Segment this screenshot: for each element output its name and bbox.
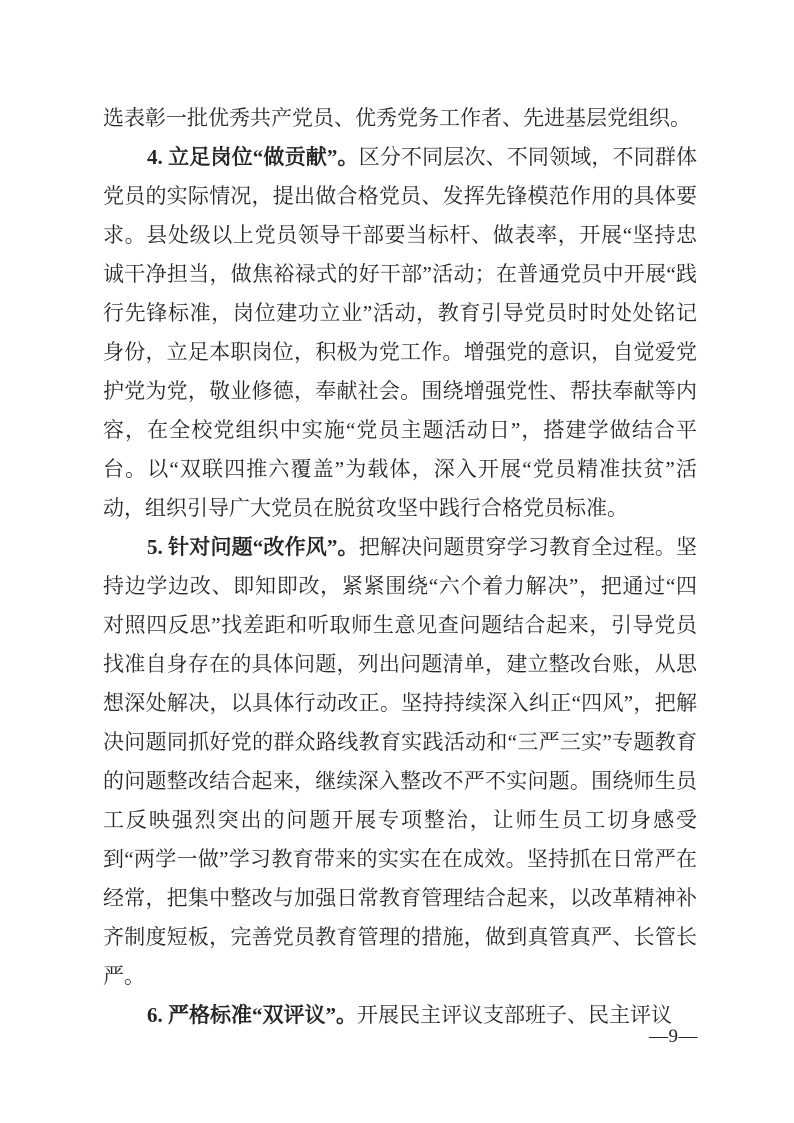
paragraph: 5. 针对问题“改作风”。把解决问题贯穿学习教育全过程。坚持边学边改、即知即改，… bbox=[103, 528, 697, 996]
section-heading: 6. 严格标准“双评议”。 bbox=[147, 1003, 357, 1027]
document-body: 选表彰一批优秀共产党员、优秀党务工作者、先进基层党组织。 4. 立足岗位“做贡献… bbox=[103, 99, 697, 1035]
paragraph-text: 把解决问题贯穿学习教育全过程。坚持边学边改、即知即改，紧紧围绕“六个着力解决”，… bbox=[103, 535, 697, 988]
paragraph-text: 选表彰一批优秀共产党员、优秀党务工作者、先进基层党组织。 bbox=[103, 106, 691, 130]
paragraph-text: 开展民主评议支部班子、民主评议 bbox=[357, 1003, 672, 1027]
paragraph: 4. 立足岗位“做贡献”。区分不同层次、不同领域，不同群体党员的实际情况，提出做… bbox=[103, 138, 697, 528]
section-heading: 5. 针对问题“改作风”。 bbox=[147, 535, 359, 559]
section-heading: 4. 立足岗位“做贡献”。 bbox=[147, 145, 359, 169]
paragraph: 6. 严格标准“双评议”。开展民主评议支部班子、民主评议 bbox=[103, 996, 697, 1035]
document-page: 选表彰一批优秀共产党员、优秀党务工作者、先进基层党组织。 4. 立足岗位“做贡献… bbox=[0, 0, 794, 1123]
page-number: —9— bbox=[649, 1026, 698, 1048]
paragraph: 选表彰一批优秀共产党员、优秀党务工作者、先进基层党组织。 bbox=[103, 99, 697, 138]
paragraph-text: 区分不同层次、不同领域，不同群体党员的实际情况，提出做合格党员、发挥先锋模范作用… bbox=[103, 145, 697, 520]
